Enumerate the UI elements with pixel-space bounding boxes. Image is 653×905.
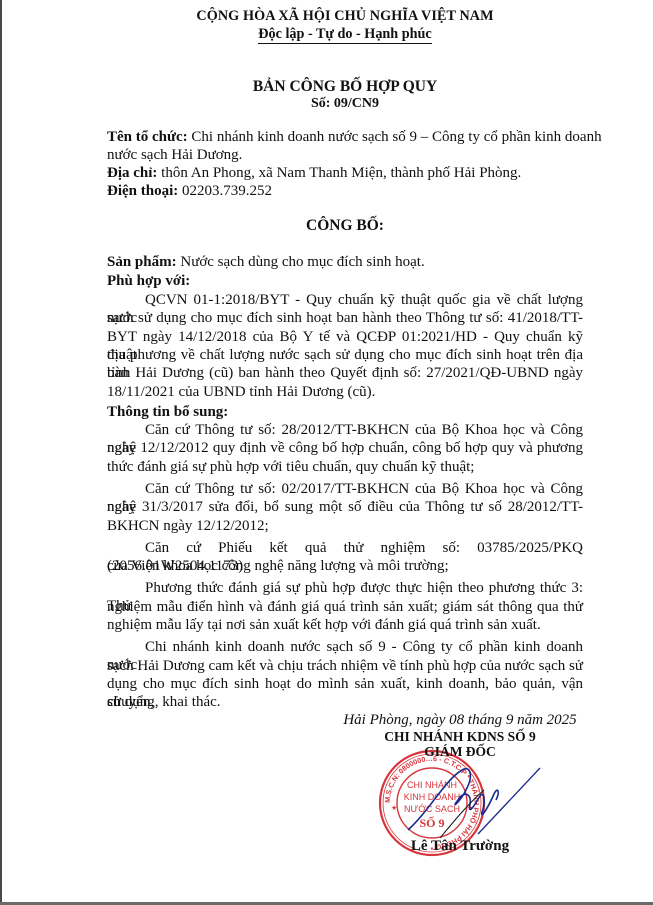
org-name-line: Tên tổ chức: Chi nhánh kinh doanh nước s… [107, 128, 583, 146]
conform-standard-line: tỉnh Hải Dương (cũ) ban hành theo Quyết … [107, 364, 583, 382]
phone-label: Điện thoại: [107, 183, 178, 199]
page-frame-left [0, 0, 2, 905]
signatory-name: Lê Tân Trường [330, 838, 590, 855]
conform-label: Phù hợp với: [107, 272, 583, 290]
announce-heading: CÔNG BỐ: [107, 217, 583, 235]
extra-info-line: BKHCN ngày 12/12/2012; [107, 517, 583, 535]
conform-standard-line: 18/11/2021 của UBND tỉnh Hải Dương (cũ). [107, 383, 583, 401]
phone-value: 02203.739.252 [178, 183, 272, 199]
scan-mark [318, 771, 322, 777]
address-value: thôn An Phong, xã Nam Thanh Miện, thành … [157, 165, 521, 181]
product-line: Sản phẩm: Nước sạch dùng cho mục đích si… [107, 253, 583, 271]
phone-line: Điện thoại: 02203.739.252 [107, 182, 583, 200]
extra-info-line: ngày 31/3/2017 sửa đổi, bổ sung một số đ… [107, 498, 583, 516]
conform-standard-line: sạch sử dụng cho mục đích sinh hoạt ban … [107, 309, 583, 327]
extra-info-line: nghiệm mẫu điển hình và đánh giá quá trì… [107, 598, 583, 616]
svg-text:★: ★ [391, 804, 397, 812]
document-title: BẢN CÔNG BỐ HỢP QUY [107, 78, 583, 96]
org-name-value: Chi nhánh kinh doanh nước sạch số 9 – Cô… [188, 129, 602, 145]
extra-info-line: nghiệm mẫu lấy tại nơi sản xuất kết hợp … [107, 616, 583, 634]
extra-info-line: của Viện khoa học công nghệ năng lượng v… [107, 557, 583, 575]
address-label: Địa chỉ: [107, 165, 157, 181]
extra-info-line: ngày 12/12/2012 quy định về công bố hợp … [107, 439, 583, 457]
document-number: Số: 09/CN9 [107, 96, 583, 112]
product-value: Nước sạch dùng cho mục đích sinh hoạt. [177, 254, 425, 270]
signature-role: GIÁM ĐỐC [330, 744, 590, 760]
org-name-label: Tên tổ chức: [107, 129, 188, 145]
extra-info-line: thức đánh giá sự phù hợp với tiêu chuẩn,… [107, 458, 583, 476]
signature-organization: CHI NHÁNH KDNS SỐ 9 [330, 729, 590, 745]
org-name-line-2: nước sạch Hải Dương. [107, 146, 583, 164]
extra-info-line: sạch Hải Dương cam kết và chịu trách nhi… [107, 657, 583, 675]
product-label: Sản phẩm: [107, 254, 177, 270]
extra-info-label: Thông tin bổ sung: [107, 403, 583, 421]
motto-text: Độc lập - Tự do - Hạnh phúc [258, 26, 431, 44]
handwritten-signature [400, 760, 550, 840]
national-header: CỘNG HÒA XÃ HỘI CHỦ NGHĨA VIỆT NAM [107, 8, 583, 25]
signature-place-date: Hải Phòng, ngày 08 tháng 9 năm 2025 [330, 712, 590, 729]
national-motto: Độc lập - Tự do - Hạnh phúc [107, 26, 583, 43]
address-line: Địa chỉ: thôn An Phong, xã Nam Thanh Miệ… [107, 164, 583, 182]
extra-info-line: sử dụng, khai thác. [107, 693, 583, 711]
